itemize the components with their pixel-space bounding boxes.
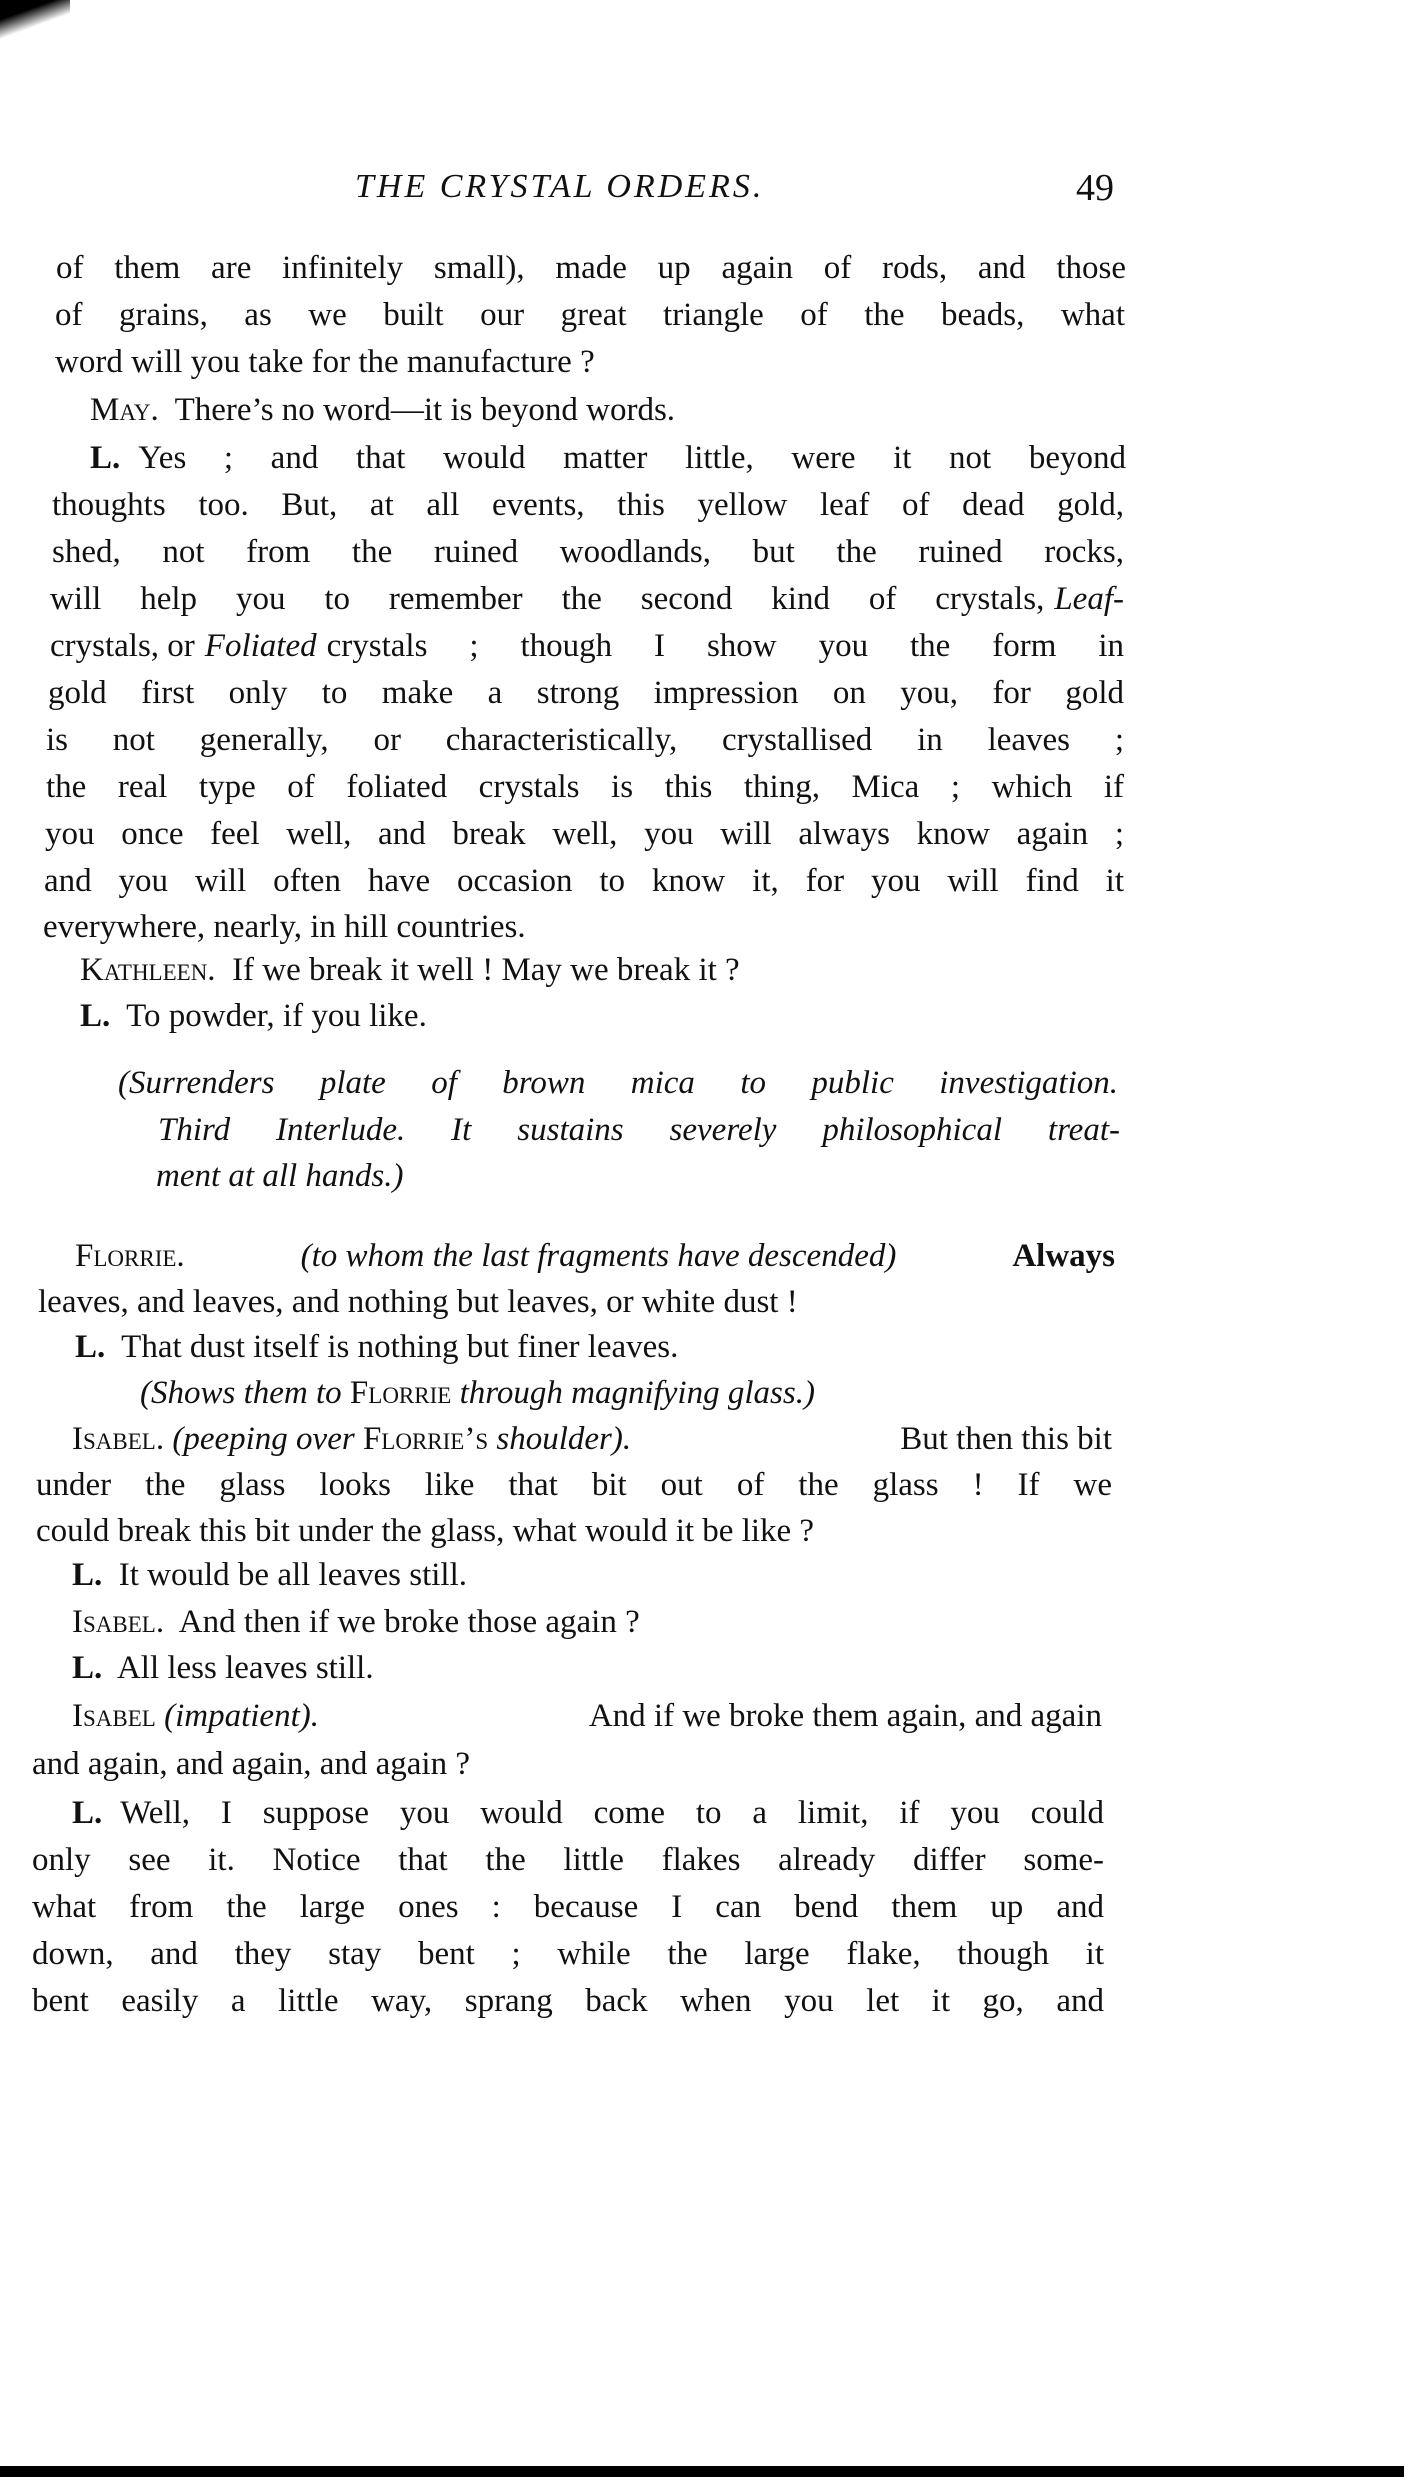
stage-aside: (impatient). (164, 1698, 319, 1734)
text-segment: crystals ; though I show you the form in (327, 626, 1124, 666)
stage-text: (Shows them to (140, 1375, 342, 1411)
text-line: will help you to remember the second kin… (50, 579, 1124, 619)
stage-aside: shoulder). (496, 1421, 631, 1457)
italic-word: Leaf- (1054, 579, 1124, 619)
text-line: is not generally, or characteristically,… (46, 720, 1124, 760)
dialogue-text: To powder, if you like. (126, 998, 427, 1034)
text-line: the real type of foliated crystals is th… (46, 767, 1124, 807)
text-line: leaves, and leaves, and nothing but leav… (38, 1282, 798, 1322)
text-line: gold first only to make a strong impress… (48, 673, 1124, 713)
speaker-name: Isabel. (72, 1604, 164, 1640)
dialogue-text: Yes ; and that would matter little, were… (138, 438, 1126, 478)
stage-direction-line: Third Interlude. It sustains severely ph… (158, 1110, 1120, 1150)
text-line: crystals, or Foliated crystals ; though … (50, 626, 1124, 666)
stage-direction-line: (Surrenders plate of brown mica to publi… (118, 1063, 1118, 1103)
speaker-name: L. (80, 998, 110, 1034)
text-line: down, and they stay bent ; while the lar… (32, 1934, 1104, 1974)
stage-direction-line: (Shows them to Florrie through magnifyin… (140, 1373, 815, 1413)
dialogue-line: L. All less leaves still. (72, 1648, 374, 1688)
text-line: only see it. Notice that the little flak… (32, 1840, 1104, 1880)
dialogue-text: And then if we broke those again ? (179, 1604, 640, 1640)
dialogue-line: L. Yes ; and that would matter little, w… (90, 438, 1126, 478)
dialogue-line: L. That dust itself is nothing but finer… (75, 1327, 678, 1367)
speaker-name: Kathleen. (80, 952, 216, 988)
text-line: what from the large ones : because I can… (32, 1887, 1104, 1927)
dialogue-line: Isabel (impatient). And if we broke them… (72, 1696, 1102, 1736)
dialogue-text: Well, I suppose you would come to a limi… (120, 1793, 1104, 1833)
page-number: 49 (1076, 166, 1114, 210)
dialogue-line: Kathleen. If we break it well ! May we b… (80, 950, 740, 990)
dialogue-line: Isabel. (peeping over Florrie’s shoulder… (72, 1419, 1112, 1459)
dialogue-text: It would be all leaves still. (119, 1557, 467, 1593)
dialogue-text: That dust itself is nothing but finer le… (121, 1329, 678, 1365)
stage-direction-line: ment at all hands.) (156, 1156, 403, 1196)
dialogue-line: L. Well, I suppose you would come to a l… (72, 1793, 1104, 1833)
scan-corner-shadow (0, 0, 70, 40)
speaker-name: Florrie. (75, 1236, 185, 1276)
dialogue-line: L. It would be all leaves still. (72, 1555, 467, 1595)
text-line: could break this bit under the glass, wh… (36, 1511, 814, 1551)
stage-aside: (peeping over (172, 1421, 354, 1457)
speaker-name: L. (72, 1793, 102, 1833)
dialogue-text: And if we broke them again, and again (589, 1696, 1102, 1736)
speaker-name: L. (72, 1557, 102, 1593)
text-segment: will help you to remember the second kin… (50, 579, 1044, 619)
running-title: THE CRYSTAL ORDERS. (355, 168, 764, 206)
text-line: word will you take for the manufacture ? (55, 342, 595, 382)
stage-text: through magnifying glass.) (460, 1375, 815, 1411)
text-line: thoughts too. But, at all events, this y… (52, 485, 1124, 525)
scan-bottom-edge (0, 2466, 1404, 2477)
text-line: of them are infinitely small), made up a… (56, 248, 1126, 288)
dialogue-text: There’s no word—it is beyond words. (175, 392, 675, 428)
text-line: you once feel well, and break well, you … (45, 814, 1124, 854)
dialogue-line: L. To powder, if you like. (80, 996, 427, 1036)
text-line: shed, not from the ruined woodlands, but… (52, 532, 1124, 572)
stage-aside: (to whom the last fragments have descend… (301, 1236, 897, 1276)
text-line: and you will often have occasion to know… (44, 861, 1124, 901)
dialogue-line: Florrie. (to whom the last fragments hav… (75, 1236, 1115, 1276)
speaker-name: L. (72, 1650, 102, 1686)
speaker-name: L. (75, 1329, 105, 1365)
dialogue-text: Always (1012, 1236, 1115, 1276)
dialogue-line: Isabel. And then if we broke those again… (72, 1602, 640, 1642)
text-line: of grains, as we built our great triangl… (55, 295, 1125, 335)
dialogue-text: But then this bit (900, 1419, 1112, 1459)
text-line: under the glass looks like that bit out … (36, 1465, 1112, 1505)
italic-word: Foliated (205, 626, 317, 666)
text-line: bent easily a little way, sprang back wh… (32, 1981, 1104, 2021)
speaker-name: Isabel. (72, 1421, 164, 1457)
speaker-name: May. (90, 392, 159, 428)
dialogue-text: All less leaves still. (117, 1650, 374, 1686)
speaker-name: Isabel (72, 1698, 156, 1734)
dialogue-text: If we break it well ! May we break it ? (232, 952, 740, 988)
dialogue-line: May. There’s no word—it is beyond words. (90, 390, 675, 430)
book-page: THE CRYSTAL ORDERS. 49 of them are infin… (0, 0, 1404, 2477)
speaker-name: L. (90, 438, 120, 478)
text-segment: crystals, or (50, 626, 195, 666)
character-name: Florrie’s (363, 1421, 488, 1457)
text-line: everywhere, nearly, in hill countries. (43, 907, 526, 947)
text-line: and again, and again, and again ? (32, 1744, 470, 1784)
character-name: Florrie (350, 1375, 451, 1411)
